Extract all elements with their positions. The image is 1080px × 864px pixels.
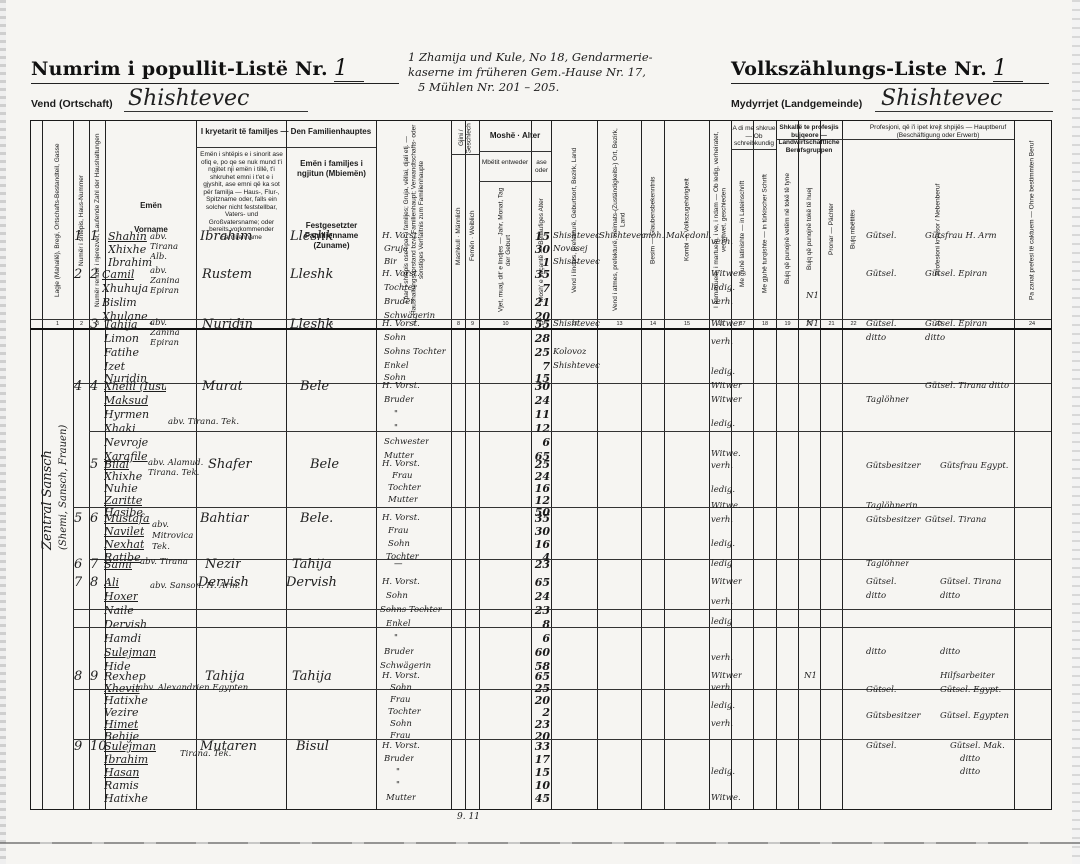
header-col14: Besim — Glaubensbekenntnis bbox=[642, 123, 664, 317]
family-name: Mutaren bbox=[200, 740, 257, 754]
age: 45 bbox=[530, 792, 550, 806]
occupation: Gütsbesitzer bbox=[866, 514, 921, 528]
military-mark: N1 bbox=[806, 290, 819, 304]
member-name: Ibrahim bbox=[104, 753, 148, 767]
place-value: Shishtevec bbox=[124, 86, 308, 112]
member-annotation: abv. Tirana. Tek. bbox=[168, 416, 239, 430]
household-number: 3 bbox=[90, 318, 98, 332]
occupation-secondary: Gütsel. Tirana ditto bbox=[925, 380, 1035, 394]
occupation-secondary: Gütsel. Tirana bbox=[940, 576, 1001, 590]
member-name: Nevroje bbox=[104, 436, 148, 450]
member-annotation: abv. Tirana Alb. bbox=[150, 232, 195, 262]
family-name: Shafer bbox=[208, 458, 252, 472]
occupation: Taglöhner bbox=[866, 558, 909, 572]
title-rule-right bbox=[731, 83, 1049, 84]
member-name: Hoxer bbox=[104, 590, 138, 604]
occupation-secondary: Gütsfrau H. Arm bbox=[925, 230, 997, 244]
member-name: Dervish bbox=[104, 618, 147, 632]
col-number: 19 bbox=[777, 321, 798, 327]
col-number: 9 bbox=[466, 321, 479, 327]
occupation: Gütsbesitzer bbox=[866, 710, 921, 724]
occupation-secondary: ditto bbox=[960, 753, 980, 767]
marital-status: Witwer bbox=[711, 576, 742, 590]
marital-status: verh. bbox=[711, 460, 733, 474]
age: 12 bbox=[530, 422, 550, 436]
household-number: 1 bbox=[90, 230, 98, 244]
age: 23 bbox=[530, 604, 550, 618]
marital-status: verh. bbox=[711, 236, 733, 250]
member-annotation: abv. Zanina Epiran bbox=[150, 266, 198, 296]
household-number: 6 bbox=[90, 512, 98, 526]
occupation: Gütsel. bbox=[866, 230, 897, 244]
nationality: Makedonl. bbox=[666, 230, 711, 244]
occupation: ditto bbox=[866, 590, 886, 604]
household-number: 8 bbox=[90, 576, 98, 590]
relation: Mutter bbox=[388, 494, 418, 508]
header-occupation: Profesjoni, që i'i ipet krejt shpijës — … bbox=[864, 124, 1012, 139]
header-col23: Profesioni kryesor / Nebenberuf bbox=[864, 141, 1012, 317]
religion: moh. bbox=[643, 230, 664, 244]
col-number: 21 bbox=[821, 321, 842, 327]
relation: Bruder bbox=[384, 296, 414, 310]
age: 25 bbox=[530, 346, 550, 360]
house-number: 9 bbox=[74, 740, 82, 754]
member-name: Hyrmen bbox=[104, 408, 149, 422]
col-number: 14 bbox=[642, 321, 664, 327]
marital-status: verh. bbox=[711, 296, 733, 310]
relation: Frau bbox=[388, 525, 409, 539]
header-col15: Kombi — Volkszugehörigkeit bbox=[665, 123, 709, 317]
marital-status: verh. bbox=[711, 718, 733, 732]
member-name: Camil bbox=[102, 268, 134, 282]
member-name: Hamdi bbox=[104, 632, 141, 646]
header-col1: Lagje (Mahallë), Bregi, Ortschafts-Besta… bbox=[43, 123, 72, 317]
col-number: 8 bbox=[452, 321, 465, 327]
member-annotation: abv. Tirana bbox=[140, 556, 188, 570]
age: 30 bbox=[530, 243, 550, 257]
age: 15 bbox=[530, 766, 550, 780]
relation: Sohns Tochter bbox=[380, 604, 442, 618]
relation: Bruder bbox=[384, 394, 414, 408]
scan-edge-right bbox=[1072, 0, 1080, 864]
occupation: Gütsel. bbox=[866, 268, 897, 282]
member-name: Xhelil (Iusufmargh) bbox=[104, 380, 166, 394]
relation: Sohn bbox=[384, 332, 406, 346]
age: 7 bbox=[530, 282, 550, 296]
header-col8: Mashkull · Männlich bbox=[452, 156, 465, 316]
occupation-secondary: ditto bbox=[940, 590, 960, 604]
age: 6 bbox=[530, 632, 550, 646]
house-number: 4 bbox=[74, 380, 82, 394]
member-annotation: abv. Alamud. Tirana. Tek. bbox=[148, 458, 208, 478]
relation: H. Vorst. bbox=[382, 318, 420, 332]
household-number: 9 bbox=[90, 670, 98, 684]
birthplace: Novosej bbox=[553, 243, 588, 257]
household-number: 2 bbox=[90, 268, 98, 282]
marital-status: ledig bbox=[711, 616, 732, 630]
marital-status: verh. bbox=[711, 514, 733, 528]
surname: Lleshk bbox=[290, 318, 333, 332]
member-name: Maksud bbox=[104, 394, 148, 408]
header-col13: Vend i atmes, prefekturë, Heimats-(Zustä… bbox=[598, 123, 641, 317]
age: 24 bbox=[530, 590, 550, 604]
birthplace: Shishtevec bbox=[553, 230, 600, 244]
member-name: Sami bbox=[104, 558, 132, 572]
place-label: Vend (Ortschaft) bbox=[31, 98, 113, 110]
member-name: Sulejman bbox=[104, 740, 156, 754]
header-col21: Pronar — Pächter bbox=[821, 141, 842, 317]
member-name: Mustafa bbox=[104, 512, 150, 526]
occupation-secondary: ditto bbox=[940, 646, 960, 660]
member-name: Fatihe bbox=[104, 346, 139, 360]
header-age: Moshë · Alter bbox=[480, 131, 550, 141]
header-col22: Bujq mbëtitës bbox=[843, 141, 863, 317]
family-name: Nezir bbox=[205, 558, 241, 572]
age: 30 bbox=[530, 525, 550, 539]
member-name: Hatixhe bbox=[104, 792, 148, 806]
header-subline bbox=[451, 154, 479, 155]
footer-page-mark: 9. 11 bbox=[457, 812, 480, 822]
house-number: 8 bbox=[74, 670, 82, 684]
member-name: Ali bbox=[104, 576, 119, 590]
house-number: 6 bbox=[74, 558, 82, 572]
age: 28 bbox=[530, 332, 550, 346]
age: 8 bbox=[530, 618, 550, 632]
family-name: Dervish bbox=[198, 576, 249, 590]
header-literacy: A di me shkrue — Ob schreibkundig bbox=[732, 125, 776, 148]
household-number: 5 bbox=[90, 458, 98, 472]
age: 60 bbox=[530, 646, 550, 660]
marital-status: Witwer bbox=[711, 380, 742, 394]
relation: Enkel bbox=[386, 618, 411, 632]
row-divider bbox=[89, 431, 1051, 432]
household-number: 4 bbox=[90, 380, 98, 394]
occupation-secondary: Hilfsarbeiter bbox=[940, 670, 995, 684]
age: 35 bbox=[530, 512, 550, 526]
row-divider bbox=[73, 609, 1051, 610]
header-col18: Me gjuhë turqishte — in türkischer Schri… bbox=[754, 151, 776, 317]
family-name: Tahija bbox=[205, 670, 245, 684]
age: 16 bbox=[530, 538, 550, 552]
marital-status: Witwe. bbox=[711, 500, 741, 514]
age: 30 bbox=[530, 380, 550, 394]
occupation-secondary: Gütsel. Egypten bbox=[940, 710, 1009, 724]
col-number: 10 bbox=[480, 321, 531, 327]
marital-status: Witwer bbox=[711, 318, 742, 332]
relation: H. Vorst. bbox=[382, 230, 420, 244]
header-col24: Pa zanat prefesi të caktuem — Ohne besti… bbox=[1015, 123, 1049, 317]
relation: " bbox=[396, 779, 400, 793]
occupation-secondary: Gütsfrau Egypt. bbox=[940, 460, 1009, 474]
header-col9: Femën · Weiblich bbox=[466, 156, 479, 316]
household-number: 7 bbox=[90, 558, 98, 572]
surname: Tahija bbox=[292, 558, 332, 572]
scan-edge-left bbox=[0, 0, 6, 864]
occupation: Gütsbesitzer bbox=[866, 460, 921, 474]
header-family-head: I kryetarit të familjes — Den Familienha… bbox=[197, 127, 375, 137]
age: 33 bbox=[530, 740, 550, 754]
house-number: 7 bbox=[74, 576, 82, 590]
header-col6-sq: Emën i familjes i ngjitun (Mbiemën) bbox=[289, 159, 374, 179]
family-name: Murat bbox=[202, 380, 243, 394]
header-subline bbox=[731, 149, 776, 150]
header-col2: Numër i shtëpis, Haus-Nummer bbox=[74, 123, 89, 317]
occupation-secondary: Gütsel. Epiran bbox=[925, 318, 987, 332]
side-note-line: Zentral Sansch bbox=[40, 320, 56, 550]
age: 24 bbox=[530, 394, 550, 408]
occupation-secondary: Gütsel. Tirana bbox=[925, 514, 986, 528]
marital-status: Witwe. bbox=[711, 792, 741, 806]
marital-status: verh. bbox=[711, 336, 733, 350]
relation: H. Vorst. bbox=[382, 740, 420, 754]
header-col17: Me gjuhë latinishte — in Lateinschrift bbox=[732, 151, 753, 317]
marital-status: ledig. bbox=[711, 538, 735, 552]
member-annotation: abv. Zanina Epiran bbox=[150, 318, 196, 348]
birthplace: Shishtevec bbox=[553, 360, 600, 374]
col-number: 22 bbox=[843, 321, 864, 327]
relation: Sohn bbox=[386, 590, 408, 604]
header-col10: Vjet, muaj, dit' e lindjes — Jahr, Monat… bbox=[480, 183, 530, 317]
member-name: Limon bbox=[104, 332, 139, 346]
military-mark: N1 bbox=[806, 318, 819, 332]
relation: Bruder bbox=[384, 753, 414, 767]
col-number: 24 bbox=[1015, 321, 1049, 327]
homeplace: Shishtevec bbox=[599, 230, 646, 244]
header-age-either: Mbëtit entweder bbox=[480, 159, 530, 167]
occupation-secondary: ditto bbox=[960, 766, 980, 780]
occupation-secondary: Gütsel. Mak. bbox=[950, 740, 1005, 754]
relation: Gruja bbox=[384, 243, 408, 257]
family-name: Rustem bbox=[202, 268, 252, 282]
header-subline bbox=[286, 147, 287, 321]
house-number: 2 bbox=[74, 268, 82, 282]
marital-status: verh. bbox=[711, 652, 733, 666]
surname: Bisul bbox=[296, 740, 329, 754]
birthplace: Shishtevec bbox=[553, 318, 600, 332]
title-albanian-text: Numrim i popullit-Listë Nr. bbox=[31, 58, 328, 80]
marital-status: ledig. bbox=[711, 418, 735, 432]
age: 10 bbox=[530, 779, 550, 793]
header-col4-sq: Emën bbox=[107, 201, 195, 211]
family-name: Nuridin bbox=[202, 318, 253, 332]
birthplace: Kolovoz bbox=[553, 346, 586, 360]
marital-status: ledig. bbox=[711, 700, 735, 714]
relation: " bbox=[394, 632, 398, 646]
house-number: 5 bbox=[74, 512, 82, 526]
occupation: Taglöhnerin bbox=[866, 500, 918, 514]
occupation: Gütsel. bbox=[866, 740, 897, 754]
col-number: 13 bbox=[598, 321, 641, 327]
surname: Bele bbox=[310, 458, 339, 472]
age: 23 bbox=[530, 558, 550, 572]
surname: Tahija bbox=[292, 670, 332, 684]
occupation-secondary: ditto bbox=[925, 332, 945, 346]
handwritten-note: 1 Zhamija und Kule, No 18, Gendarmerie- … bbox=[408, 50, 653, 95]
side-note-line: (Shemi, Sansch, Frauen) bbox=[56, 320, 72, 550]
col-number: 18 bbox=[754, 321, 776, 327]
relation: H. Vorst. bbox=[382, 512, 420, 526]
row-divider bbox=[73, 627, 1051, 628]
surname: Dervish bbox=[286, 576, 337, 590]
age: 35 bbox=[530, 268, 550, 282]
relation: — bbox=[394, 558, 403, 572]
title-rule-left bbox=[31, 83, 399, 84]
scan-edge-bottom bbox=[0, 842, 1080, 844]
header-sex: Gjini / Geschlecht bbox=[452, 123, 479, 153]
member-name: Shahin bbox=[108, 230, 147, 244]
occupation: Gütsel. bbox=[866, 684, 897, 698]
member-name: Naile bbox=[104, 604, 134, 618]
age: 65 bbox=[530, 576, 550, 590]
member-name: Hasan bbox=[104, 766, 139, 780]
member-name: Xhuhuja bbox=[102, 282, 148, 296]
surname: Lleshk bbox=[290, 230, 333, 244]
member-name: Xhixhe bbox=[108, 243, 146, 257]
member-annotation: abv. Mitrovica Tek. bbox=[152, 520, 198, 553]
family-name: Ibrahim bbox=[200, 230, 252, 244]
occupation: Gütsel. bbox=[866, 576, 897, 590]
occupation: Taglöhner bbox=[866, 394, 909, 408]
age: 11 bbox=[530, 408, 550, 422]
member-name: Xhaki bbox=[104, 422, 136, 436]
header-col19: Bujq që punojnë vetëm në tokë të tyne bbox=[777, 141, 798, 317]
census-sheet: Numrim i popullit-Listë Nr.1 1 Zhamija u… bbox=[0, 0, 1080, 864]
age: 6 bbox=[530, 436, 550, 450]
age: 17 bbox=[530, 753, 550, 767]
birthplace: Shishtevec bbox=[553, 256, 600, 270]
note-line: kaserne im früheren Gem.-Hause Nr. 17, bbox=[408, 65, 653, 80]
col-number: 15 bbox=[665, 321, 709, 327]
list-number-left: 1 bbox=[334, 56, 364, 82]
marital-status: verh. bbox=[711, 682, 733, 696]
occupation: ditto bbox=[866, 332, 886, 346]
municipality-label: Mydyrrjet (Landgemeinde) bbox=[731, 98, 862, 110]
occupation: ditto bbox=[866, 646, 886, 660]
marital-status: Witwer bbox=[711, 268, 742, 282]
relation: " bbox=[396, 766, 400, 780]
relation: Tochter bbox=[384, 282, 417, 296]
title-german-text: Volkszählungs-Liste Nr. bbox=[731, 58, 987, 80]
member-name: Bislim bbox=[102, 296, 137, 310]
relation: Bruder bbox=[384, 646, 414, 660]
relation: " bbox=[394, 422, 398, 436]
relation: Sohn bbox=[388, 538, 410, 552]
marital-status: ledig bbox=[711, 558, 732, 572]
surname: Bele. bbox=[300, 512, 333, 526]
age: 55 bbox=[530, 318, 550, 332]
relation: Schwester bbox=[384, 436, 429, 450]
marital-status: ledig. bbox=[711, 366, 735, 380]
family-name: Bahtiar bbox=[200, 512, 249, 526]
member-name: Nexhat bbox=[104, 538, 144, 552]
member-name: Ramis bbox=[104, 779, 139, 793]
member-name: Navilet bbox=[104, 525, 144, 539]
age: 21 bbox=[530, 296, 550, 310]
note-line: 1 Zhamija und Kule, No 18, Gendarmerie- bbox=[408, 50, 653, 65]
marital-status: ledig. bbox=[711, 282, 735, 296]
header-subline bbox=[479, 151, 551, 152]
relation: " bbox=[394, 408, 398, 422]
member-name: Tahija bbox=[104, 318, 138, 332]
marital-status: Witwer bbox=[711, 394, 742, 408]
surname: Lleshk bbox=[290, 268, 333, 282]
occupation-secondary: Gütsel. Epiran bbox=[925, 268, 987, 282]
header-subline bbox=[479, 181, 551, 182]
surname: Bele bbox=[300, 380, 329, 394]
title-german: Volkszählungs-Liste Nr.1 bbox=[731, 56, 1023, 82]
list-number-right: 1 bbox=[993, 56, 1023, 82]
age: 15 bbox=[530, 230, 550, 244]
marital-status: ledig. bbox=[711, 766, 735, 780]
occupation-secondary: Gütsel. Egypt. bbox=[940, 684, 1001, 698]
municipality-value: Shishtevec bbox=[875, 86, 1053, 112]
marital-status: ledig. bbox=[711, 484, 735, 498]
relation: H. Vorst. bbox=[382, 576, 420, 590]
title-albanian: Numrim i popullit-Listë Nr.1 bbox=[31, 56, 364, 82]
relation: H. Vorst. bbox=[382, 268, 420, 282]
member-annotation: abv. Alexandrien Egypten bbox=[138, 682, 248, 696]
military-mark: N1 bbox=[804, 670, 817, 684]
header-col12: Vend i lindjes, prefekturë, Geburtsort, … bbox=[552, 123, 597, 317]
house-number: 1 bbox=[74, 230, 82, 244]
member-name: Sulejman bbox=[104, 646, 156, 660]
header-age-or: ase oder bbox=[532, 159, 551, 174]
relation: Mutter bbox=[386, 792, 416, 806]
relation: Sohns Tochter bbox=[384, 346, 446, 360]
occupation: Gütsel. bbox=[866, 318, 897, 332]
relation: H. Vorst. bbox=[382, 380, 420, 394]
marital-status: verh. bbox=[711, 596, 733, 610]
note-line: 5 Mühlen Nr. 201 – 205. bbox=[408, 80, 653, 95]
